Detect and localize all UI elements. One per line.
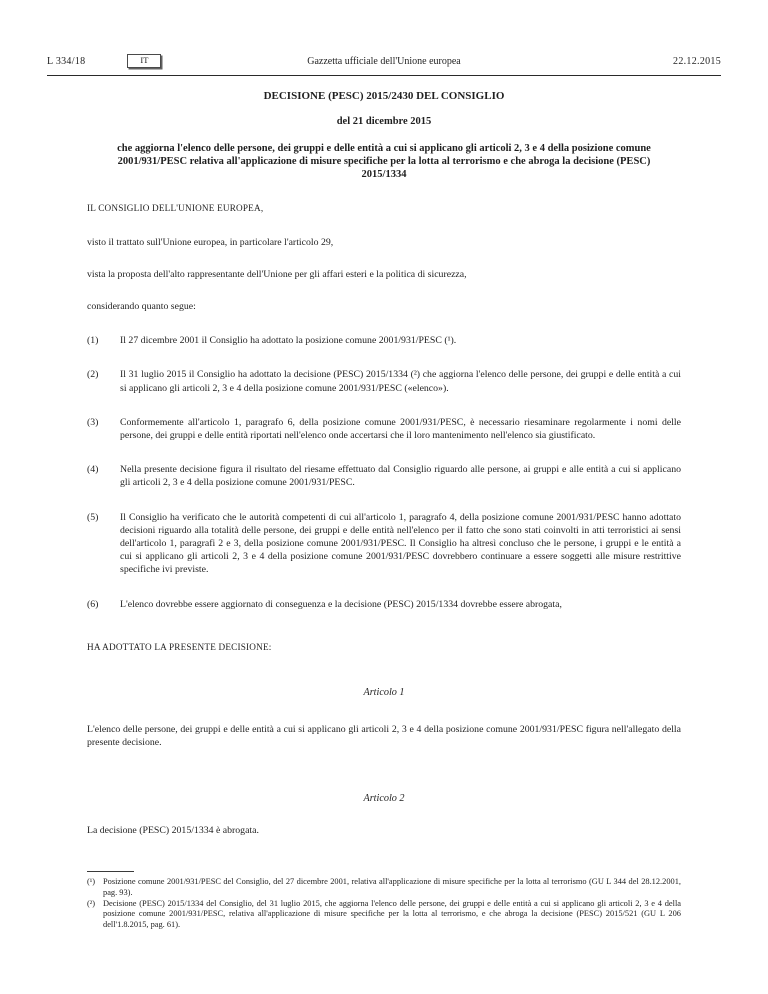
decision-subtitle: che aggiorna l'elenco delle persone, dei… [114, 142, 654, 181]
recital-number: (3) [87, 416, 120, 442]
issue-date: 22.12.2015 [461, 56, 721, 67]
footnote-marker: (²) [87, 899, 103, 931]
citation-1: visto il trattato sull'Unione europea, i… [87, 236, 681, 249]
language-code-box: IT [127, 54, 161, 68]
article-2-heading: Articolo 2 [87, 792, 681, 805]
recital-text: Conformemente all'articolo 1, paragrafo … [120, 416, 681, 442]
article-1-heading: Articolo 1 [87, 686, 681, 699]
recital-text: Il 27 dicembre 2001 il Consiglio ha adot… [120, 334, 681, 347]
recital-text: Nella presente decisione figura il risul… [120, 463, 681, 489]
article-2-text: La decisione (PESC) 2015/1334 è abrogata… [87, 824, 681, 837]
recital-number: (6) [87, 598, 120, 611]
recital-text: Il Consiglio ha verificato che le autori… [120, 511, 681, 577]
recital-text: Il 31 luglio 2015 il Consiglio ha adotta… [120, 368, 681, 394]
decision-date: del 21 dicembre 2015 [87, 115, 681, 128]
recital-number: (2) [87, 368, 120, 394]
article-1-text: L'elenco delle persone, dei gruppi e del… [87, 723, 681, 749]
citation-2: vista la proposta dell'alto rappresentan… [87, 268, 681, 281]
recitals-intro: considerando quanto segue: [87, 300, 681, 313]
recital-number: (4) [87, 463, 120, 489]
recital-text: L'elenco dovrebbe essere aggiornato di c… [120, 598, 681, 611]
recital-3: (3) Conformemente all'articolo 1, paragr… [87, 416, 681, 442]
journal-page: L 334/18 IT Gazzetta ufficiale dell'Unio… [0, 0, 768, 994]
decision-title: DECISIONE (PESC) 2015/2430 DEL CONSIGLIO [87, 90, 681, 103]
header-left: L 334/18 IT [47, 54, 307, 68]
footnote-separator [87, 871, 134, 872]
footnote-1: (¹) Posizione comune 2001/931/PESC del C… [87, 877, 681, 899]
footnote-text: Posizione comune 2001/931/PESC del Consi… [103, 877, 681, 899]
preamble-opening: IL CONSIGLIO DELL'UNIONE EUROPEA, [87, 202, 681, 215]
recital-4: (4) Nella presente decisione figura il r… [87, 463, 681, 489]
recital-1: (1) Il 27 dicembre 2001 il Consiglio ha … [87, 334, 681, 347]
footnotes-section: (¹) Posizione comune 2001/931/PESC del C… [87, 871, 681, 931]
page-reference: L 334/18 [47, 56, 85, 67]
recital-number: (5) [87, 511, 120, 577]
footnote-text: Decisione (PESC) 2015/1334 del Consiglio… [103, 899, 681, 931]
recital-5: (5) Il Consiglio ha verificato che le au… [87, 511, 681, 577]
header-row: L 334/18 IT Gazzetta ufficiale dell'Unio… [47, 54, 721, 76]
footnote-2: (²) Decisione (PESC) 2015/1334 del Consi… [87, 899, 681, 931]
page-header: L 334/18 IT Gazzetta ufficiale dell'Unio… [47, 54, 721, 76]
footnote-marker: (¹) [87, 877, 103, 899]
recital-number: (1) [87, 334, 120, 347]
recital-6: (6) L'elenco dovrebbe essere aggiornato … [87, 598, 681, 611]
document-body: DECISIONE (PESC) 2015/2430 DEL CONSIGLIO… [87, 90, 681, 837]
preamble-closing: HA ADOTTATO LA PRESENTE DECISIONE: [87, 641, 681, 654]
journal-title: Gazzetta ufficiale dell'Unione europea [307, 56, 460, 67]
recital-2: (2) Il 31 luglio 2015 il Consiglio ha ad… [87, 368, 681, 394]
